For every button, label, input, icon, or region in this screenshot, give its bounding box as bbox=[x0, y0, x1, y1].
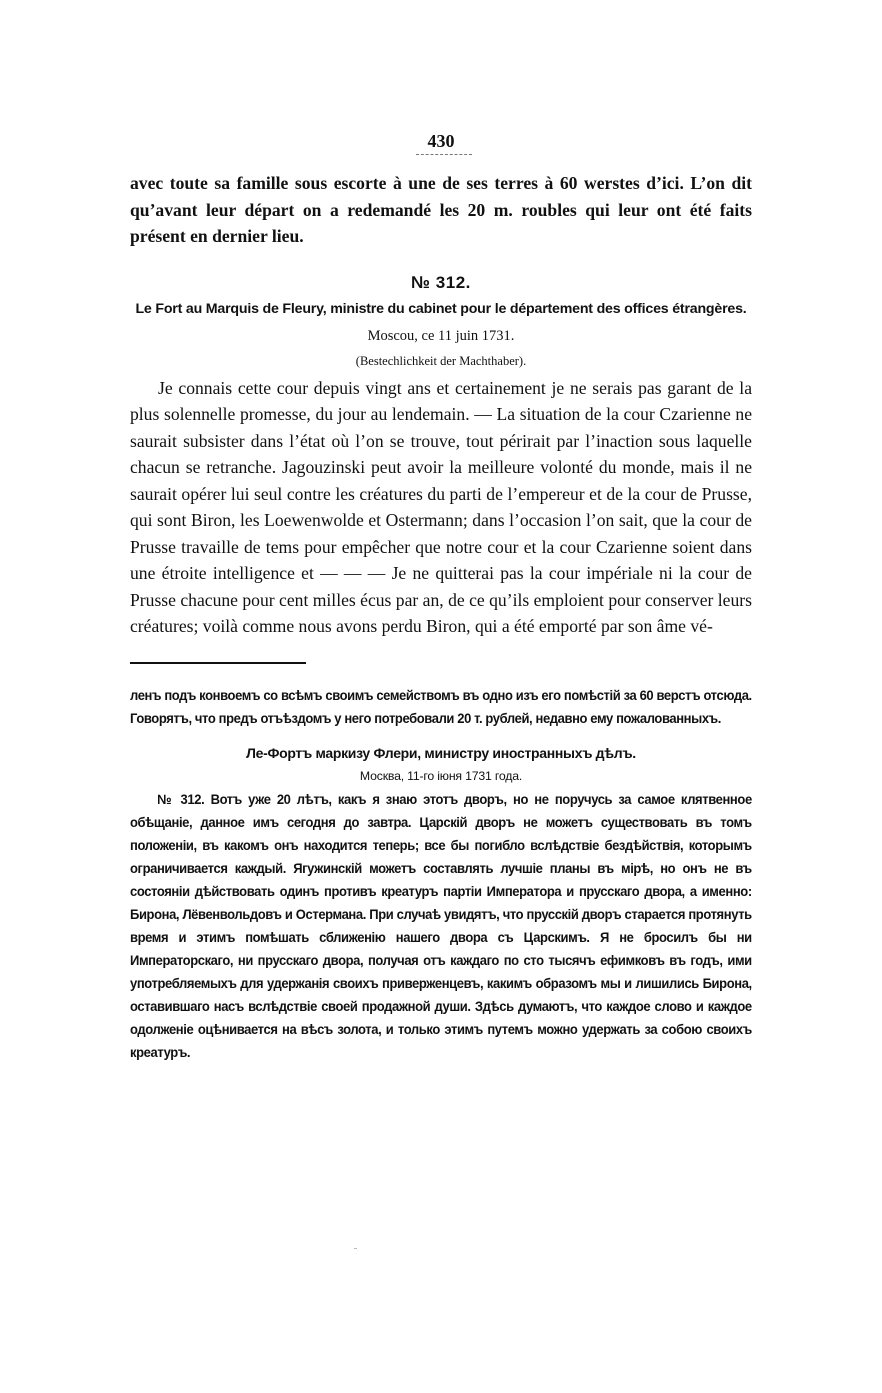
letter-subject-note: (Bestechlichkeit der Machthaber). bbox=[130, 353, 752, 369]
footnote-divider bbox=[130, 662, 306, 664]
scan-artifact bbox=[354, 1248, 357, 1249]
russian-letter-date: Москва, 11-го іюня 1731 года. bbox=[130, 768, 752, 784]
french-letter-heading: Le Fort au Marquis de Fleury, ministre d… bbox=[130, 300, 752, 319]
french-letter-date: Moscou, ce 11 juin 1731. bbox=[130, 327, 752, 345]
book-page: 430 avec toute sa famille sous escorte à… bbox=[130, 130, 752, 1064]
russian-document-number: № 312. bbox=[157, 792, 204, 807]
page-number: 430 bbox=[130, 130, 752, 152]
page-number-rule bbox=[416, 154, 472, 155]
russian-letter-text: Вотъ уже 20 лѣтъ, какъ я знаю этотъ двор… bbox=[130, 792, 752, 1060]
french-continuation-paragraph: avec toute sa famille sous escorte à une… bbox=[130, 170, 752, 250]
russian-letter-heading: Ле-Фортъ маркизу Флери, министру иностра… bbox=[130, 744, 752, 763]
document-number: № 312. bbox=[130, 272, 752, 294]
russian-continuation-paragraph: ленъ подъ конвоемъ со всѣмъ своимъ семей… bbox=[130, 684, 752, 730]
french-letter-body: Je connais cette cour depuis vingt ans e… bbox=[130, 375, 752, 640]
russian-letter-body: № 312. Вотъ уже 20 лѣтъ, какъ я знаю это… bbox=[130, 788, 752, 1064]
